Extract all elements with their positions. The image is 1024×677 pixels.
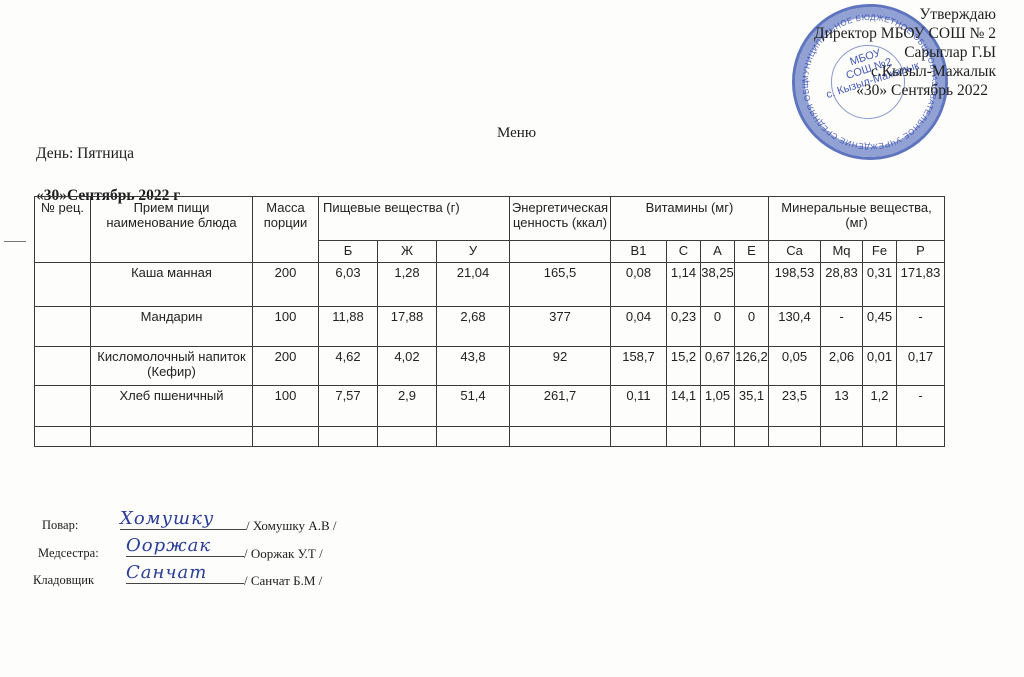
cell-portion: 200	[253, 347, 319, 386]
signature-name: / Ооржак У.Т /	[244, 546, 323, 562]
cell-fe: 0,01	[863, 347, 897, 386]
cell-protein: 7,57	[319, 386, 378, 427]
cell-energy: 92	[510, 347, 611, 386]
table-row: Кисломолочный напиток (Кефир)2004,624,02…	[35, 347, 945, 386]
subheader-b1: B1	[611, 241, 667, 263]
cell-fat: 1,28	[378, 263, 437, 307]
cell-fat	[378, 427, 437, 447]
cell-portion: 100	[253, 386, 319, 427]
cell-energy: 377	[510, 307, 611, 347]
cell-p: -	[897, 307, 945, 347]
cell-b1: 0,08	[611, 263, 667, 307]
subheader-carbs: У	[437, 241, 510, 263]
header-dish-name: Прием пищи наименование блюда	[91, 197, 253, 263]
cell-b1: 0,04	[611, 307, 667, 347]
cell-c: 0,23	[667, 307, 701, 347]
header-minerals: Минеральные вещества, (мг)	[769, 197, 945, 241]
signature-role: Повар:	[42, 518, 78, 533]
approval-line: Утверждаю	[766, 5, 996, 24]
signature-role: Медсестра:	[38, 546, 99, 561]
subheader-a: A	[701, 241, 735, 263]
cell-mg: 28,83	[821, 263, 863, 307]
subheader-protein: Б	[319, 241, 378, 263]
cell-recipe	[35, 263, 91, 307]
cell-protein: 6,03	[319, 263, 378, 307]
day-label: День: Пятница	[36, 145, 134, 163]
signature-name: / Санчат Б.М /	[244, 573, 322, 589]
subheader-fat: Ж	[378, 241, 437, 263]
cell-energy: 165,5	[510, 263, 611, 307]
cell-recipe	[35, 427, 91, 447]
cell-protein	[319, 427, 378, 447]
cell-name: Каша манная	[91, 263, 253, 307]
table-row: Каша манная2006,031,2821,04165,50,081,14…	[35, 263, 945, 307]
approval-line: Директор МБОУ СОШ № 2	[766, 24, 996, 43]
approval-block: Утверждаю Директор МБОУ СОШ № 2 Сарыглар…	[766, 5, 996, 100]
cell-b1	[611, 427, 667, 447]
cell-mg: -	[821, 307, 863, 347]
header-vitamins: Витамины (мг)	[611, 197, 769, 241]
cell-energy: 261,7	[510, 386, 611, 427]
cell-c	[667, 427, 701, 447]
cell-name: Хлеб пшеничный	[91, 386, 253, 427]
cell-e: 126,2	[735, 347, 769, 386]
cell-protein: 11,88	[319, 307, 378, 347]
header-row: № рец. Прием пищи наименование блюда Мас…	[35, 197, 945, 241]
cell-carbs: 21,04	[437, 263, 510, 307]
signature-handwriting: Санчат	[126, 562, 244, 584]
subheader-energy-blank	[510, 241, 611, 263]
signature-name: / Хомушку А.В /	[246, 518, 336, 534]
table-row: Мандарин10011,8817,882,683770,040,230013…	[35, 307, 945, 347]
approval-line: «30» Сентябрь 2022	[766, 81, 996, 100]
cell-e	[735, 427, 769, 447]
cell-fat: 2,9	[378, 386, 437, 427]
signature-handwriting: Ооржак	[126, 535, 244, 557]
subheader-c: C	[667, 241, 701, 263]
subheader-p: P	[897, 241, 945, 263]
signature-handwriting: Хомушку	[120, 508, 246, 530]
cell-c: 15,2	[667, 347, 701, 386]
subheader-ca: Ca	[769, 241, 821, 263]
cell-name	[91, 427, 253, 447]
header-portion: Масса порции	[253, 197, 319, 263]
cell-fe: 0,31	[863, 263, 897, 307]
cell-energy	[510, 427, 611, 447]
cell-fat: 17,88	[378, 307, 437, 347]
cell-p	[897, 427, 945, 447]
approval-line: Сарыглар Г.Ы	[766, 43, 996, 62]
document-title: Меню	[497, 125, 536, 142]
approval-line: с.Кызыл-Мажалык	[766, 62, 996, 81]
cell-fe	[863, 427, 897, 447]
signature-role: Кладовщик	[33, 573, 94, 588]
cell-portion: 200	[253, 263, 319, 307]
header-recipe-no: № рец.	[35, 197, 91, 263]
cell-a: 0	[701, 307, 735, 347]
cell-protein: 4,62	[319, 347, 378, 386]
cell-recipe	[35, 347, 91, 386]
cell-b1: 158,7	[611, 347, 667, 386]
cell-recipe	[35, 307, 91, 347]
cell-mg: 13	[821, 386, 863, 427]
cell-mg	[821, 427, 863, 447]
menu-table: № рец. Прием пищи наименование блюда Мас…	[34, 196, 945, 447]
cell-c: 1,14	[667, 263, 701, 307]
cell-fat: 4,02	[378, 347, 437, 386]
header-nutrients: Пищевые вещества (г)	[319, 197, 510, 241]
cell-recipe	[35, 386, 91, 427]
cell-name: Мандарин	[91, 307, 253, 347]
cell-fe: 0,45	[863, 307, 897, 347]
subheader-e: E	[735, 241, 769, 263]
cell-a: 1,05	[701, 386, 735, 427]
table-row: Хлеб пшеничный1007,572,951,4261,70,1114,…	[35, 386, 945, 427]
subheader-fe: Fe	[863, 241, 897, 263]
cell-fe: 1,2	[863, 386, 897, 427]
cell-p: 171,83	[897, 263, 945, 307]
cell-e: 35,1	[735, 386, 769, 427]
cell-e: 0	[735, 307, 769, 347]
cell-a: 0,67	[701, 347, 735, 386]
cell-b1: 0,11	[611, 386, 667, 427]
cell-portion: 100	[253, 307, 319, 347]
cell-ca: 0,05	[769, 347, 821, 386]
scan-artifact-line	[4, 241, 26, 242]
cell-carbs	[437, 427, 510, 447]
cell-c: 14,1	[667, 386, 701, 427]
cell-ca	[769, 427, 821, 447]
cell-carbs: 51,4	[437, 386, 510, 427]
cell-e	[735, 263, 769, 307]
header-energy: Энергетическая ценность (ккал)	[510, 197, 611, 241]
table-row	[35, 427, 945, 447]
cell-ca: 23,5	[769, 386, 821, 427]
cell-ca: 130,4	[769, 307, 821, 347]
cell-name: Кисломолочный напиток (Кефир)	[91, 347, 253, 386]
cell-carbs: 2,68	[437, 307, 510, 347]
cell-a: 38,25	[701, 263, 735, 307]
cell-p: 0,17	[897, 347, 945, 386]
cell-p: -	[897, 386, 945, 427]
cell-mg: 2,06	[821, 347, 863, 386]
cell-ca: 198,53	[769, 263, 821, 307]
cell-a	[701, 427, 735, 447]
subheader-mg: Mq	[821, 241, 863, 263]
cell-carbs: 43,8	[437, 347, 510, 386]
cell-portion	[253, 427, 319, 447]
